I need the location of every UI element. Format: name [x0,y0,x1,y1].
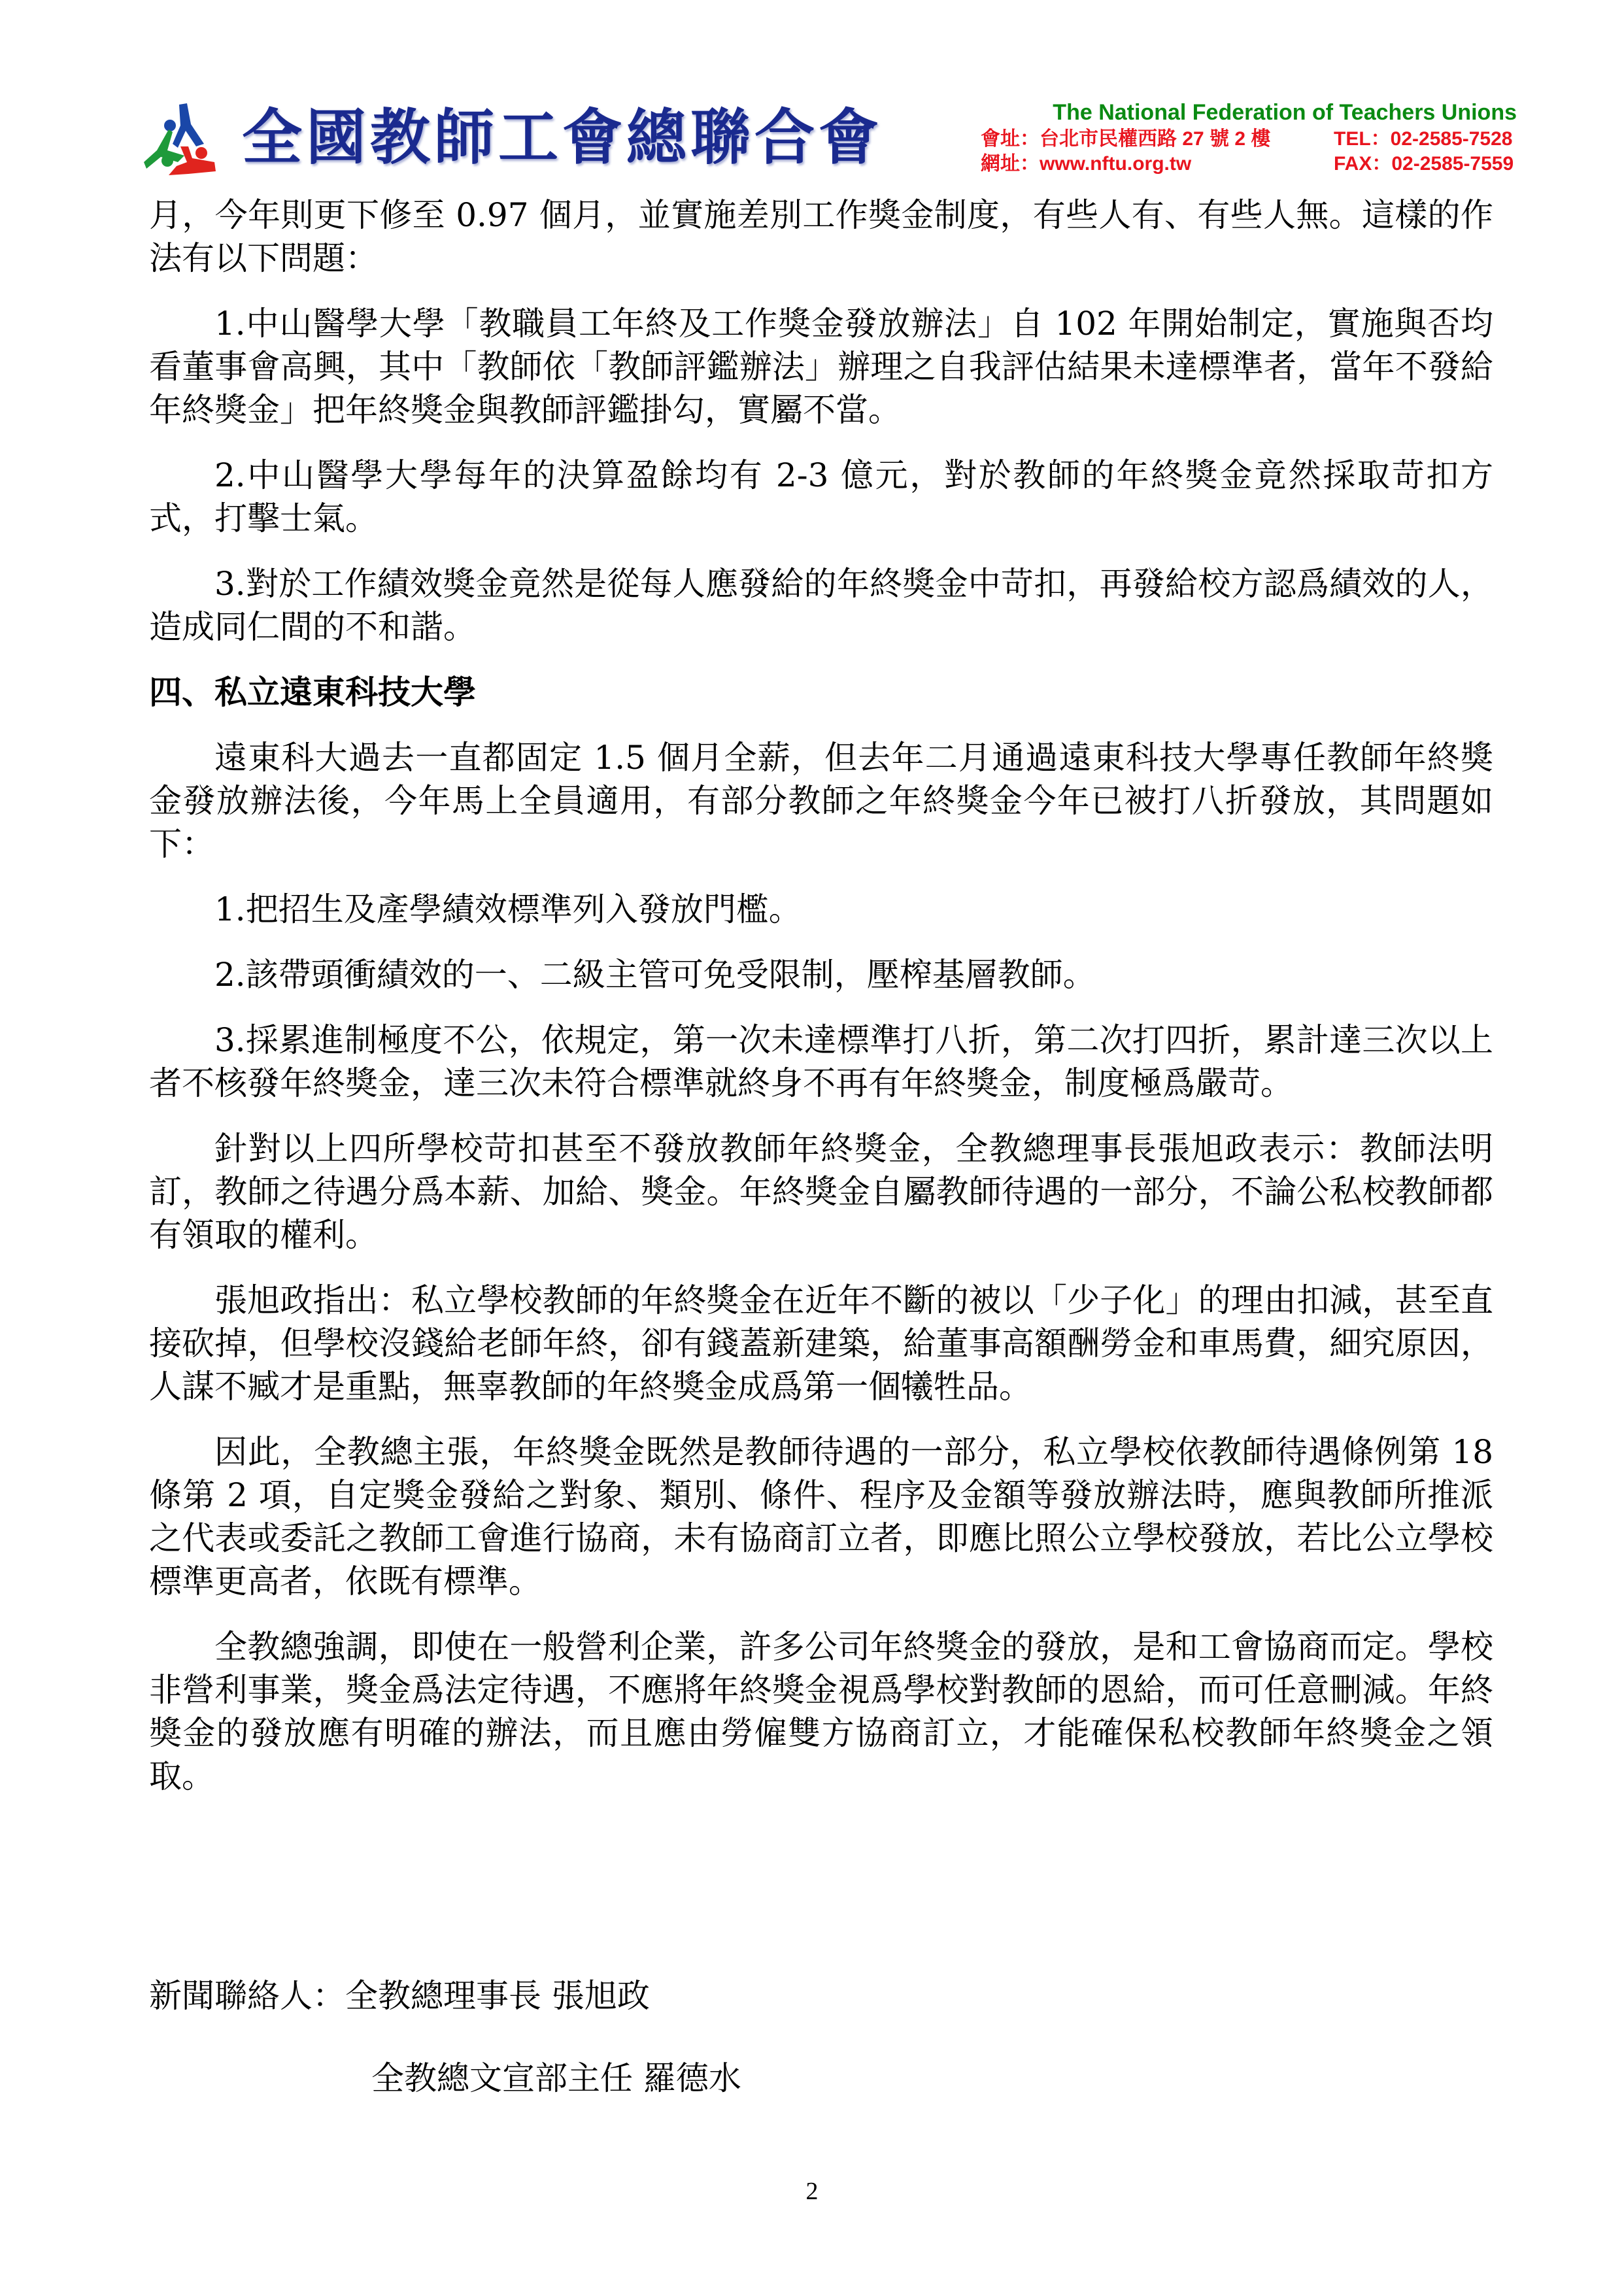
address: 會址：台北市民權西路 27 號 2 樓 [981,127,1270,152]
press-contacts: 新聞聯絡人：全教總理事長 張旭政 全教總文宣部主任 羅德水 [149,1974,741,2100]
contact-block: The National Federation of Teachers Unio… [941,98,1517,177]
paragraph-fe-point-3: 3.採累進制極度不公，依規定，第一次未達標準打八折，第二次打四折，累計達三次以上… [149,1019,1493,1105]
paragraph-analysis: 張旭政指出：私立學校教師的年終獎金在近年不斷的被以「少子化」的理由扣減，甚至直接… [149,1279,1493,1408]
letterhead: 全國教師工會總聯合會 The National Federation of Te… [0,0,1624,183]
fax: FAX：02-2585-7559 [1334,152,1517,177]
paragraph-point-1: 1.中山醫學大學「教職員工年終及工作獎金發放辦法」自 102 年開始制定，實施與… [149,302,1493,431]
section-heading-4: 四、私立遠東科技大學 [149,671,1493,714]
telephone: TEL：02-2585-7528 [1334,127,1517,152]
paragraph-proposal: 因此，全教總主張，年終獎金既然是教師待遇的一部分，私立學校依教師待遇條例第 18… [149,1430,1493,1603]
paragraph-point-3: 3.對於工作績效獎金竟然是從每人應發給的年終獎金中苛扣，再發給校方認爲績效的人，… [149,562,1493,649]
org-name-english: The National Federation of Teachers Unio… [941,98,1517,127]
paragraph-statement: 針對以上四所學校苛扣甚至不發放教師年終獎金，全教總理事長張旭政表示：教師法明訂，… [149,1127,1493,1257]
contact-row-address: 會址：台北市民權西路 27 號 2 樓 TEL：02-2585-7528 [941,127,1517,152]
org-name-chinese: 全國教師工會總聯合會 [242,98,883,177]
page-number: 2 [0,2177,1624,2206]
paragraph-fe-point-2: 2.該帶頭衝績效的一、二級主管可免受限制，壓榨基層教師。 [149,953,1493,996]
paragraph-fe-point-1: 1.把招生及產學績效標準列入發放門檻。 [149,888,1493,931]
paragraph-continuation: 月，今年則更下修至 0.97 個月，並實施差別工作獎金制度，有些人有、有些人無。… [149,194,1493,280]
paragraph-point-2: 2.中山醫學大學每年的決算盈餘均有 2-3 億元，對於教師的年終獎金竟然採取苛扣… [149,454,1493,540]
paragraph-fe-intro: 遠東科大過去一直都固定 1.5 個月全薪，但去年二月通過遠東科技大學專任教師年終… [149,736,1493,866]
website-link[interactable]: 網址：www.nftu.org.tw [981,152,1191,177]
document-body: 月，今年則更下修至 0.97 個月，並實施差別工作獎金制度，有些人有、有些人無。… [149,194,1493,1798]
contact-row-web: 網址：www.nftu.org.tw FAX：02-2585-7559 [941,152,1517,177]
press-contact-1: 新聞聯絡人：全教總理事長 張旭政 [149,1974,741,2017]
three-figures-logo-icon [139,98,224,177]
paragraph-conclusion: 全教總強調，即使在一般營利企業，許多公司年終獎金的發放，是和工會協商而定。學校非… [149,1625,1493,1798]
press-contact-2: 全教總文宣部主任 羅德水 [149,2057,741,2100]
